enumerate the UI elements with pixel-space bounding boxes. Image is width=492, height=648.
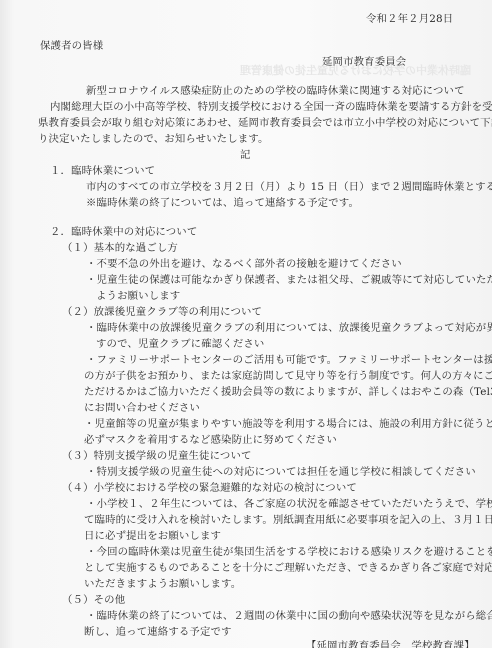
bullet-text: ただけるかはご協力いただく援助会員等の数によりますが、詳しくはおやこの森（Tel… xyxy=(84,386,492,399)
bullet-text: ・特別支援学級の児童生徒への対応については担任を通じ学校に相談してください xyxy=(86,466,476,479)
sender: 延岡市教育委員会 xyxy=(322,56,406,69)
bullet-text: いただきますようお願いします。 xyxy=(84,578,241,591)
bullet-text: ・今回の臨時休業は児童生徒が集団生活をする学校における感染リスクを避けることを目… xyxy=(86,546,492,559)
subsection-heading: （３）特別支援学級の児童生徒について xyxy=(62,450,252,463)
addressee: 保護者の皆様 xyxy=(40,40,103,53)
section-heading: １．臨時休業について xyxy=(50,165,155,178)
intro-line: り決定いたしましたので、お知らせいたします。 xyxy=(38,133,269,146)
bullet-text: にお問い合わせください xyxy=(84,402,200,415)
bullet-text: ・臨時休業の終了については、２週間の休業中に国の動向や感染状況等を見ながら総合的… xyxy=(86,610,492,623)
bullet-text: 日に必ず提出をお願いします xyxy=(84,530,221,543)
subsection-heading: （５）その他 xyxy=(62,594,125,607)
section-text: 市内のすべての市立学校を３月２日（月）より 15 日（日）まで２週間臨時休業とす… xyxy=(86,181,492,194)
bullet-text: ・小学校１、２年生については、各ご家庭の状況を確認させていただいたうえで、学校に… xyxy=(86,498,492,511)
bullet-text: て臨時的に受け入れを検討いたします。別紙調査用紙に必要事項を記入の上、３月１日の… xyxy=(84,514,492,527)
document-page: 臨時休業中の学校における児童生徒の健康管理 令和２年２月28日 保護者の皆様 延… xyxy=(0,0,492,648)
bullet-text: ・臨時休業中の放課後児童クラブの利用については、放課後児童クラブよって対応が異な… xyxy=(86,322,492,335)
document-date: 令和２年２月28日 xyxy=(366,13,453,26)
intro-line: 内閣総理大臣の小中高等学校、特別支援学校における全国一斉の臨時休業を要請する方針… xyxy=(50,101,492,114)
subsection-heading: （１）基本的な過ごし方 xyxy=(62,242,178,255)
bullet-text: 必ずマスクを着用するなど感染防止に努めてください xyxy=(84,434,337,447)
bullet-text: ・不要不急の外出を避け、なるべく部外者の接触を避けてください xyxy=(86,258,402,271)
bullet-text: ・児童館等の児童が集まりやすい施設等を利用する場合には、施設の利用方針に従うとと… xyxy=(84,418,492,431)
bullet-text: 断し、追って連絡する予定です xyxy=(84,626,232,639)
section-text: ※臨時休業の終了については、追って連絡する予定です。 xyxy=(86,197,359,210)
document-title: 新型コロナウイルス感染症防止のための学校の臨時休業に関連する対応について xyxy=(86,85,465,98)
bullet-text: すので、児童クラブに確認ください xyxy=(96,338,264,351)
bullet-text: ようお願いします xyxy=(96,290,180,303)
subsection-heading: （４）小学校における学校の緊急避難的な対応の検討について xyxy=(62,482,357,495)
footer-signature: 【延岡市教育委員会 学校教育課】 xyxy=(306,640,475,648)
bullet-text: ・ファミリーサポートセンターのご活用も可能です。ファミリーサポートセンターは援助… xyxy=(86,354,492,367)
subsection-heading: （２）放課後児童クラブ等の利用について xyxy=(62,306,262,319)
intro-line: 県教育委員会が取り組む対応策にあわせ、延岡市教育委員会では市立小中学校の対応につ… xyxy=(38,117,492,130)
bullet-text: として実施するものであることを十分にご理解いただき、できるかぎり各ご家庭で対応し… xyxy=(84,562,492,575)
bullet-text: ・児童生徒の保護は可能なかぎり保護者、または祖父母、ご親戚等にて対応していただき… xyxy=(86,274,492,287)
ki-marker: 記 xyxy=(240,149,251,162)
bullet-text: の方が子供をお預かり、または家庭訪問して見守り等を行う制度です。何人の方々にご利… xyxy=(84,370,492,383)
section-heading: ２．臨時休業中の対応について xyxy=(50,226,197,239)
